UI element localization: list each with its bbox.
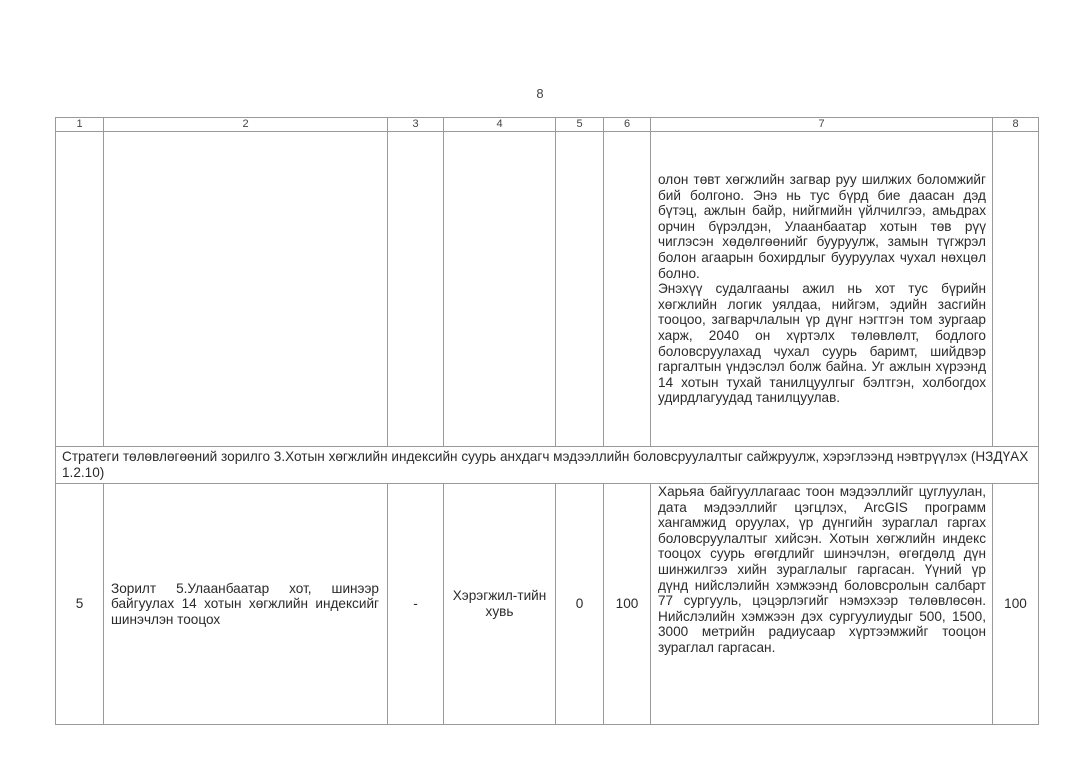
header-col-4: 4 [444,118,556,132]
strategy-goal-heading: Стратеги төлөвлөгөөний зорилго 3.Хотын х… [56,447,1039,484]
column-number-header-row: 1 2 3 4 5 6 7 8 [56,118,1039,132]
baseline-cell: - [388,484,444,725]
target-value-cell: 100 [604,484,651,725]
completion-percent-cell: 100 [993,484,1039,725]
cell-col-5 [556,132,604,447]
header-col-8: 8 [993,118,1039,132]
result-paragraph-2: Энэхүү судалгааны ажил нь хот тус бүрийн… [658,281,986,406]
table-row: 5 Зорилт 5.Улаанбаатар хот, шинээр байгу… [56,484,1039,725]
header-col-6: 6 [604,118,651,132]
row-number: 5 [56,484,104,725]
header-col-1: 1 [56,118,104,132]
cell-col-3 [388,132,444,447]
implementation-description-cell: Харьяа байгууллагаас тоон мэдээллийг цуг… [651,484,993,725]
header-col-2: 2 [104,118,388,132]
result-paragraph-1: олон төвт хөгжлийн загвар руу шилжих бол… [658,172,986,281]
header-col-5: 5 [556,118,604,132]
indicator-cell: Хэрэгжил-тийн хувь [444,484,556,725]
report-table: 1 2 3 4 5 6 7 8 олон төвт хөгжлийн загва… [55,117,1039,725]
strategy-goal-row: Стратеги төлөвлөгөөний зорилго 3.Хотын х… [56,447,1039,484]
result-description-cell: олон төвт хөгжлийн загвар руу шилжих бол… [651,132,993,447]
cell-col-4 [444,132,556,447]
objective-text: Зорилт 5.Улаанбаатар хот, шинээр байгуул… [104,484,388,725]
cell-col-1 [56,132,104,447]
start-value-cell: 0 [556,484,604,725]
cell-col-6 [604,132,651,447]
continued-table-row: олон төвт хөгжлийн загвар руу шилжих бол… [56,132,1039,447]
header-col-3: 3 [388,118,444,132]
cell-col-2 [104,132,388,447]
cell-col-8 [993,132,1039,447]
page-number: 8 [530,86,550,101]
header-col-7: 7 [651,118,993,132]
